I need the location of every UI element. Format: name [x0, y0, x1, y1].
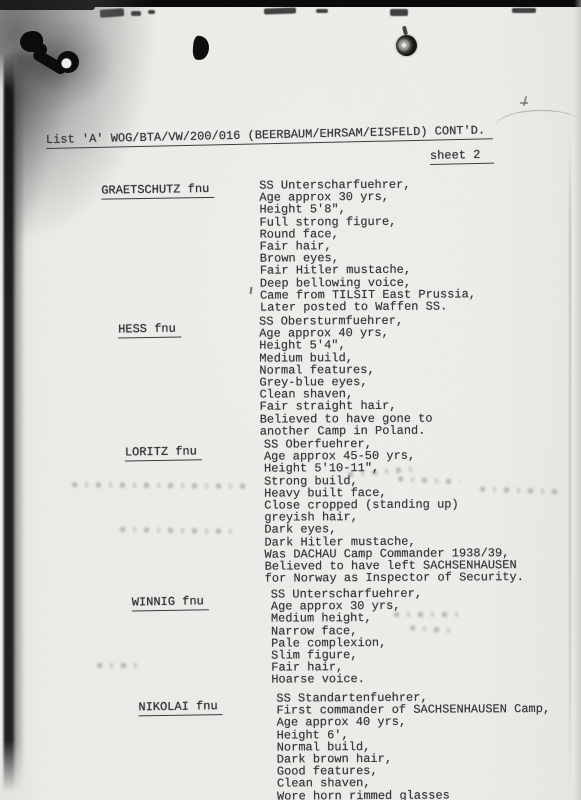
document-page: List 'A' WOG/BTA/VW/200/016 (BEERBAUM/EH… [0, 0, 581, 800]
detail-line: Hoarse voice. [271, 673, 422, 686]
entry-details: SS Obersturmfuehrer,Age approx 40 yrs,He… [259, 315, 433, 438]
entry-name: NIKOLAI fnu [138, 700, 222, 716]
entry-name: LORITZ fnu [125, 445, 202, 461]
entry-details: SS Unterscharfuehrer,Age approx 30 yrs,H… [259, 178, 476, 313]
entries-list: GRAETSCHUTZ fnu SS Unterscharfuehrer,Age… [0, 0, 581, 800]
entry-name: WINNIG fnu [132, 595, 209, 611]
entry-name: GRAETSCHUTZ fnu [101, 183, 214, 200]
entry-details: SS Oberfuehrer,Age approx 45-50 yrs,Heig… [264, 437, 524, 585]
detail-line: another Camp in Poland. [260, 424, 433, 437]
entry-name: HESS fnu [118, 323, 181, 339]
detail-line: for Norway as Inspector of Security. [265, 571, 524, 585]
detail-line: Later posted to Waffen SS. [260, 300, 476, 314]
entry-details: SS Standartenfuehrer,First commander of … [276, 691, 550, 800]
entry-details: SS Unterscharfuehrer,Age approx 30 yrs,M… [271, 588, 423, 686]
detail-line: Wore horn rimmed glasses [277, 788, 551, 800]
